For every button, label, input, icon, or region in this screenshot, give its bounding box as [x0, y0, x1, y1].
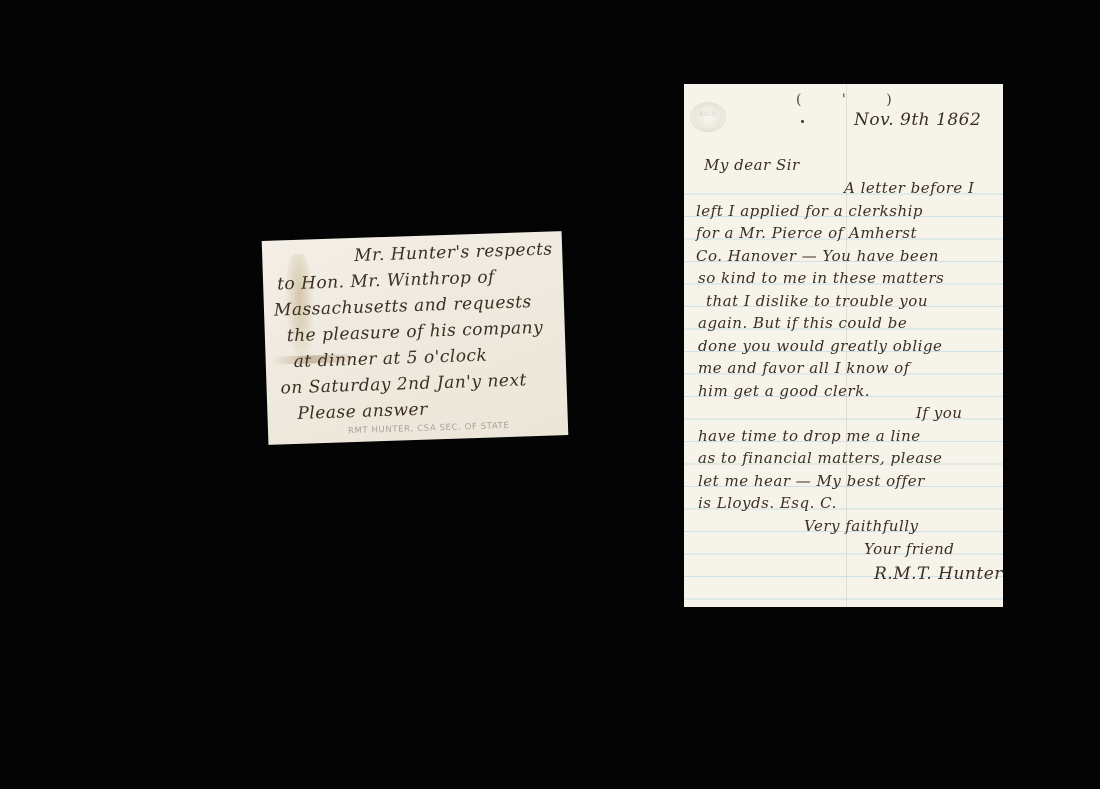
letter-line-13: as to financial matters, please — [698, 449, 942, 467]
letter-line-10: him get a good clerk. — [698, 382, 870, 400]
ink-dot — [801, 120, 804, 123]
letter-date: Nov. 9th 1862 — [854, 110, 981, 130]
note-line-6: on Saturday 2nd Jan'y next — [280, 370, 527, 398]
letter-line-15: is Lloyds. Esq. C. — [698, 494, 837, 512]
embossed-seal-icon: RICH — [690, 102, 726, 132]
letter-line-1: A letter before I — [844, 179, 974, 197]
letter-line-2: left I applied for a clerkship — [696, 202, 923, 220]
letter-line-14: let me hear — My best offer — [698, 472, 925, 490]
letter-closing-1: Very faithfully — [804, 517, 919, 535]
note-line-5: at dinner at 5 o'clock — [293, 346, 487, 372]
emboss-text: RICH — [690, 111, 726, 118]
invitation-note: Mr. Hunter's respects to Hon. Mr. Winthr… — [262, 231, 569, 445]
letter-line-4: Co. Hanover — You have been — [696, 247, 939, 265]
top-ink-marks: ( ' ) — [796, 92, 910, 108]
letter-closing-2: Your friend — [864, 540, 954, 558]
letter-line-11: If you — [916, 404, 962, 422]
letter-line-5: so kind to me in these matters — [698, 269, 944, 287]
letter-line-8: done you would greatly oblige — [698, 337, 942, 355]
letter-signature: R.M.T. Hunter — [874, 564, 1003, 584]
letter-line-9: me and favor all I know of — [698, 359, 910, 377]
letter-line-3: for a Mr. Pierce of Amherst — [696, 224, 917, 242]
note-line-1: Mr. Hunter's respects — [354, 239, 553, 266]
letter-line-12: have time to drop me a line — [698, 427, 921, 445]
letter-salutation: My dear Sir — [704, 156, 800, 174]
note-line-7: Please answer — [297, 400, 428, 424]
letter-line-7: again. But if this could be — [698, 314, 907, 332]
handwritten-letter: RICH ( ' ) Nov. 9th 1862 My dear Sir A l… — [684, 84, 1003, 607]
note-line-4: the pleasure of his company — [287, 318, 544, 346]
letter-line-6: that I dislike to trouble you — [706, 292, 928, 310]
note-caption: RMT HUNTER, CSA SEC. OF STATE — [348, 421, 510, 436]
